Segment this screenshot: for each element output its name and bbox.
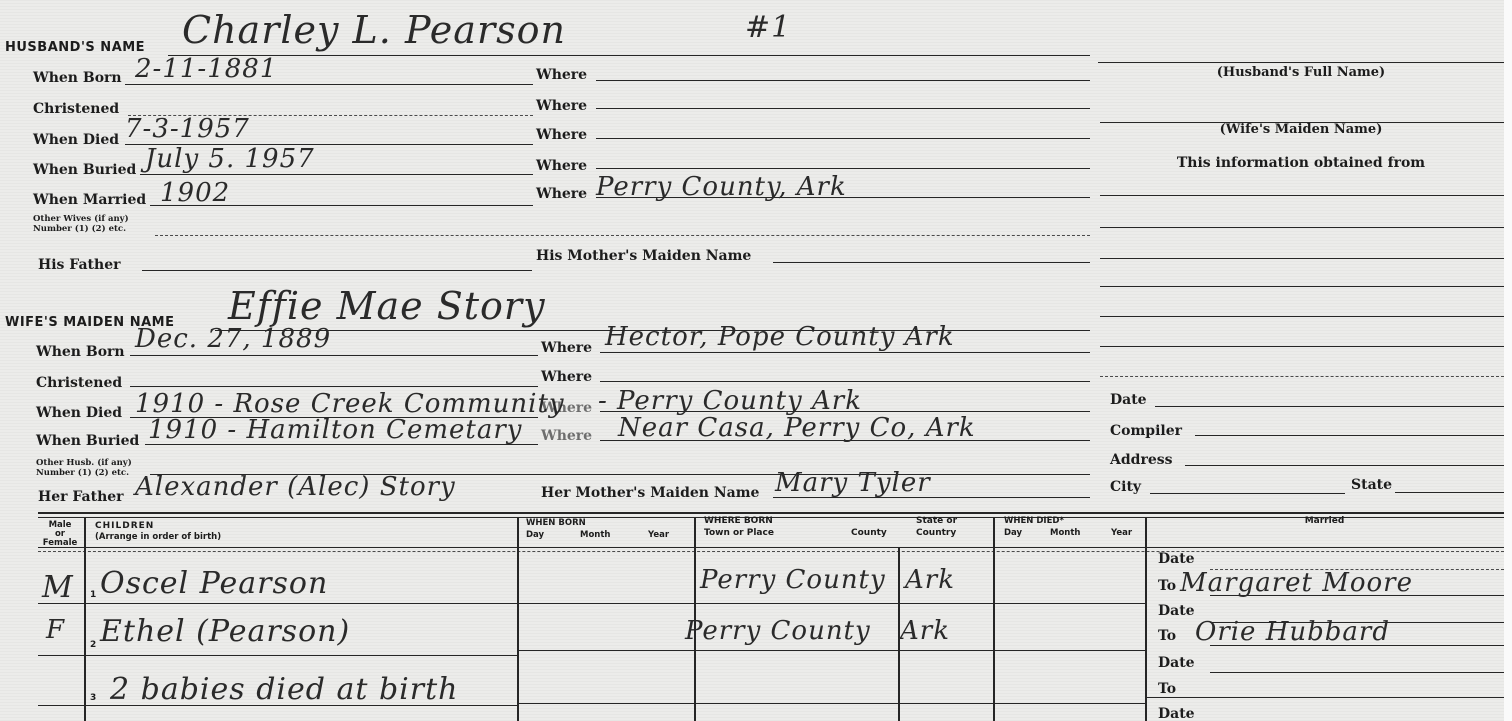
wife-died-where-value[interactable]: - Perry County Ark [598,386,862,416]
husband-full-name-caption: (Husband's Full Name) [1098,67,1504,78]
row-1-state[interactable]: Ark [905,565,955,595]
row-3-married-to-label: To [1158,681,1176,697]
compiler-line[interactable] [1195,435,1504,436]
city-label: City [1110,479,1141,495]
husband-buried-where-label: Where [536,158,587,174]
header-state-1: State or [916,516,957,527]
row-2-state[interactable]: Ark [900,616,950,646]
husband-born-where-label: Where [536,67,587,83]
wife-buried-where-value[interactable]: Near Casa, Perry Co, Ark [618,413,976,443]
wife-maiden-name-caption: (Wife's Maiden Name) [1098,124,1504,135]
header-when-died-day: Day [1004,528,1022,539]
wife-christened-where-label: Where [541,369,592,385]
row-2-name[interactable]: Ethel (Pearson) [100,614,350,649]
city-line[interactable] [1150,493,1345,494]
wife-died-where-label: Where [541,400,592,416]
row-4-married-date-label: Date [1158,706,1195,721]
husband-name-value[interactable]: Charley L. Pearson [182,8,566,52]
header-when-died-year: Year [1111,528,1132,539]
header-children-1: CHILDREN [95,521,221,532]
row-1-number: 1 [90,590,96,601]
row-rule-3-mid [517,703,1145,704]
row-1-married-to-label: To [1158,578,1176,594]
header-children-2: (Arrange in order of birth) [95,532,221,543]
col-divider-sex [84,518,86,721]
wife-born-where-label: Where [541,340,592,356]
date-label: Date [1110,392,1147,408]
header-when-born-month: Month [580,530,610,541]
address-label: Address [1110,452,1173,468]
her-mother-label: Her Mother's Maiden Name [541,485,759,501]
husband-name-line [168,55,1090,56]
his-mother-line [773,262,1090,263]
header-when-born: WHEN BORN [526,518,586,529]
row-2-county[interactable]: Perry County [685,616,871,646]
other-husb-label: Other Husb. (if any) Number (1) (2) etc. [36,458,132,478]
page-edge [1504,0,1512,721]
wife-born-line [130,355,538,356]
state-line[interactable] [1395,492,1504,493]
husband-died-where-line [596,138,1090,139]
row-rule-2-left [38,655,518,656]
info-line-4[interactable] [1100,286,1504,287]
his-mother-label: His Mother's Maiden Name [536,248,751,264]
row-rule-2-mid [517,650,1145,651]
header-when-born-year: Year [648,530,669,541]
row-rule-1-left [38,603,518,604]
other-husb-label-line1: Other Husb. (if any) [36,458,132,468]
husband-christened-label: Christened [33,101,119,117]
col-divider-born [517,518,519,721]
header-married: Married [1145,516,1504,527]
married-to-line-3[interactable] [1145,697,1504,698]
other-husb-label-line2: Number (1) (2) etc. [36,468,132,478]
header-when-died-month: Month [1050,528,1080,539]
header-when-died: WHEN DIED* [1004,516,1064,527]
row-3-married-date-label: Date [1158,655,1195,671]
husband-died-where-label: Where [536,127,587,143]
header-where-born-town: Town or Place [704,528,774,539]
info-line-7[interactable] [1100,376,1504,377]
her-mother-value[interactable]: Mary Tyler [775,468,931,498]
wife-christened-label: Christened [36,375,122,391]
husband-name-label: HUSBAND'S NAME [5,40,145,55]
header-children: CHILDREN (Arrange in order of birth) [95,521,221,543]
date-line[interactable] [1155,406,1504,407]
husband-born-where-line [596,80,1090,81]
wife-buried-value[interactable]: 1910 - Hamilton Cemetary [148,415,522,445]
row-3-number: 3 [90,693,96,704]
husband-married-label: When Married [33,192,146,208]
his-father-label: His Father [38,257,120,273]
header-where-born-county: County [851,528,887,539]
wife-born-value[interactable]: Dec. 27, 1889 [135,324,331,354]
header-bottom-rule-2 [38,551,1504,552]
header-when-born-day: Day [526,530,544,541]
info-line-2[interactable] [1100,227,1504,228]
married-date-line-3[interactable] [1210,672,1504,673]
husband-buried-value[interactable]: July 5. 1957 [145,144,315,174]
other-wives-label: Other Wives (if any) Number (1) (2) etc. [33,214,129,234]
address-line[interactable] [1185,465,1504,466]
her-father-label: Her Father [38,489,124,505]
wife-born-where-value[interactable]: Hector, Pope County Ark [605,322,955,352]
wife-born-label: When Born [36,344,125,360]
wife-christened-where-line [600,381,1090,382]
husband-born-line [125,84,533,85]
header-sex: Male or Female [36,521,84,548]
wife-buried-where-label: Where [541,428,592,444]
husband-buried-label: When Buried [33,162,136,178]
info-line-5[interactable] [1100,316,1504,317]
husband-born-value[interactable]: 2-11-1881 [135,54,277,84]
husband-died-value[interactable]: 7-3-1957 [125,114,250,144]
other-wives-line [155,235,1090,236]
husband-buried-line [140,174,533,175]
compiler-label: Compiler [1110,423,1182,439]
husband-buried-where-line [596,168,1090,169]
table-top-rule [38,512,1504,514]
her-father-value[interactable]: Alexander (Alec) Story [135,472,456,502]
family-group-sheet: HUSBAND'S NAME Charley L. Pearson #1 Whe… [0,0,1504,721]
header-state-2: Country [916,528,956,539]
husband-christened-where-label: Where [536,98,587,114]
wife-christened-line [130,386,538,387]
wife-name-value[interactable]: Effie Mae Story [228,284,546,328]
wife-died-label: When Died [36,405,122,421]
husband-died-label: When Died [33,132,119,148]
row-1-married-date-label: Date [1158,551,1195,567]
row-3-name[interactable]: 2 babies died at birth [110,672,458,707]
record-number: #1 [745,10,791,45]
row-1-sex[interactable]: M [42,570,74,605]
col-divider-died [993,518,995,721]
his-father-line [142,270,532,271]
row-1-county[interactable]: Perry County [700,565,886,595]
husband-married-value[interactable]: 1902 [160,178,230,208]
husband-married-where-label: Where [536,186,587,202]
info-obtained-label: This information obtained from [1098,155,1504,171]
state-label: State [1351,477,1392,493]
header-sex-3: Female [36,539,84,548]
row-1-name[interactable]: Oscel Pearson [100,566,328,601]
husband-born-label: When Born [33,70,122,86]
husband-married-where-value[interactable]: Perry County, Ark [596,172,847,202]
header-where-born: WHERE BORN [704,516,773,527]
info-line-3[interactable] [1100,258,1504,259]
row-rule-1-mid [517,603,1145,604]
other-wives-label-line2: Number (1) (2) etc. [33,224,129,234]
wife-buried-label: When Buried [36,433,139,449]
header-bottom-rule [38,547,1504,548]
row-1-married-to[interactable]: Margaret Moore [1180,568,1413,598]
husband-christened-where-line [596,108,1090,109]
row-2-sex[interactable]: F [46,615,65,645]
husband-full-name-line[interactable] [1098,62,1504,63]
row-2-married-date-label: Date [1158,603,1195,619]
row-2-married-to[interactable]: Orie Hubbard [1195,617,1390,647]
wife-born-where-line [600,352,1090,353]
row-2-married-to-label: To [1158,628,1176,644]
col-divider-married [1145,518,1147,721]
info-line-6[interactable] [1100,346,1504,347]
info-line-1[interactable] [1100,195,1504,196]
row-2-number: 2 [90,640,96,651]
other-wives-label-line1: Other Wives (if any) [33,214,129,224]
